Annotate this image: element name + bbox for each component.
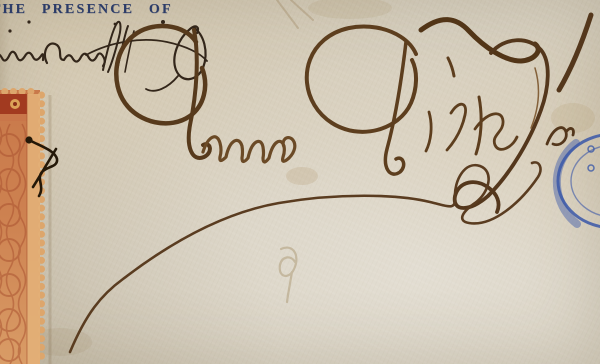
crease-streaks [277,0,313,28]
ink-dot [161,20,165,24]
ink-dot [114,23,117,26]
stamp-ornament-center [13,102,17,106]
signature-underline-flourish [70,162,540,352]
handstamp-inner-ring [571,145,600,217]
document-artwork [0,0,600,364]
document-photo: THE PRESENCE OF [0,0,600,364]
ink-dot [8,29,11,32]
stamp-margin [27,94,40,364]
witness-signature [0,20,207,91]
stain-blob [308,0,392,19]
handstamp-glyph [588,165,594,171]
stain-blob [286,167,318,185]
stamp-band [0,114,27,121]
main-signature [116,15,591,212]
ink-dot [27,20,30,23]
blue-oval-stamp [557,134,600,228]
ink-bleedthrough-mark [280,248,297,302]
revenue-stamp [0,90,50,364]
